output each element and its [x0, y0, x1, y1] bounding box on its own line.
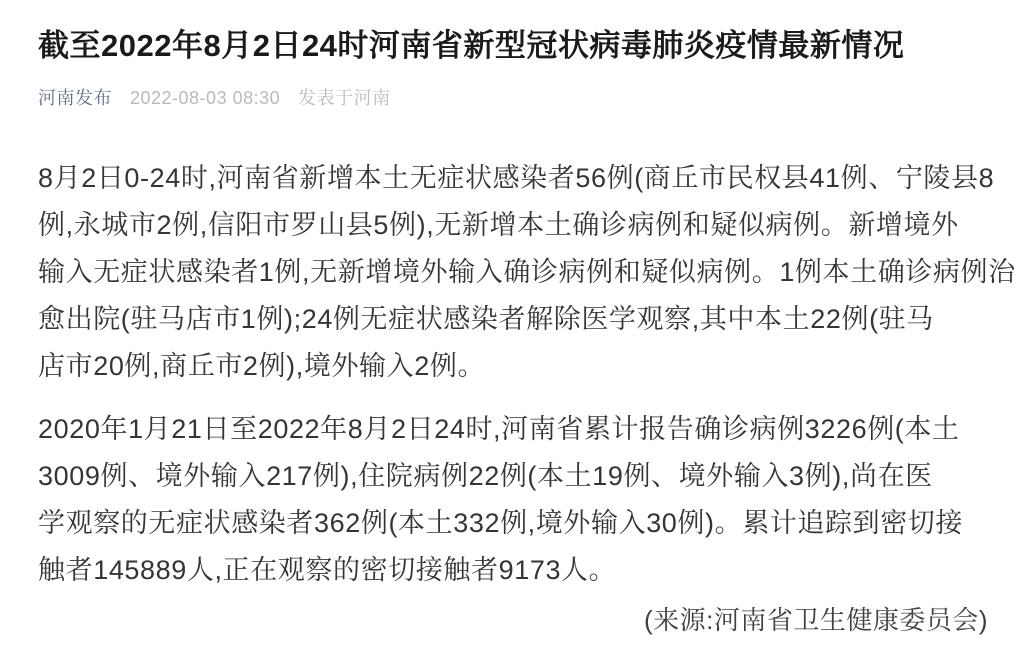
paragraph-cumulative-stats: 2020年1月21日至2022年8月2日24时,河南省累计报告确诊病例3226例…	[38, 406, 988, 594]
paragraph-daily-update: 8月2日0-24时,河南省新增本土无症状感染者56例(商丘市民权县41例、宁陵县…	[38, 155, 988, 390]
article-body: 8月2日0-24时,河南省新增本土无症状感染者56例(商丘市民权县41例、宁陵县…	[38, 155, 988, 594]
account-name-link[interactable]: 河南发布	[38, 86, 112, 111]
source-attribution: (来源:河南省卫生健康委员会)	[38, 602, 988, 638]
article-page: 截至2022年8月2日24时河南省新型冠状病毒肺炎疫情最新情况 河南发布 202…	[0, 0, 1026, 660]
paragraph-line: 3009例、境外输入217例),住院病例22例(本土19例、境外输入3例),尚在…	[38, 453, 988, 500]
article-byline: 河南发布 2022-08-03 08:30 发表于河南	[38, 86, 988, 111]
paragraph-line: 愈出院(驻马店市1例);24例无症状感染者解除医学观察,其中本土22例(驻马	[38, 296, 988, 343]
paragraph-line: 8月2日0-24时,河南省新增本土无症状感染者56例(商丘市民权县41例、宁陵县…	[38, 155, 988, 202]
publish-location: 发表于河南	[298, 86, 391, 111]
paragraph-line: 学观察的无症状感染者362例(本土332例,境外输入30例)。累计追踪到密切接	[38, 500, 988, 547]
paragraph-line: 例,永城市2例,信阳市罗山县5例),无新增本土确诊病例和疑似病例。新增境外	[38, 202, 988, 249]
paragraph-line: 店市20例,商丘市2例),境外输入2例。	[38, 343, 988, 390]
article-title: 截至2022年8月2日24时河南省新型冠状病毒肺炎疫情最新情况	[38, 26, 988, 66]
publish-timestamp: 2022-08-03 08:30	[130, 86, 280, 111]
paragraph-line: 输入无症状感染者1例,无新增境外输入确诊病例和疑似病例。1例本土确诊病例治	[38, 249, 988, 296]
paragraph-line: 2020年1月21日至2022年8月2日24时,河南省累计报告确诊病例3226例…	[38, 406, 988, 453]
paragraph-line: 触者145889人,正在观察的密切接触者9173人。	[38, 547, 988, 594]
